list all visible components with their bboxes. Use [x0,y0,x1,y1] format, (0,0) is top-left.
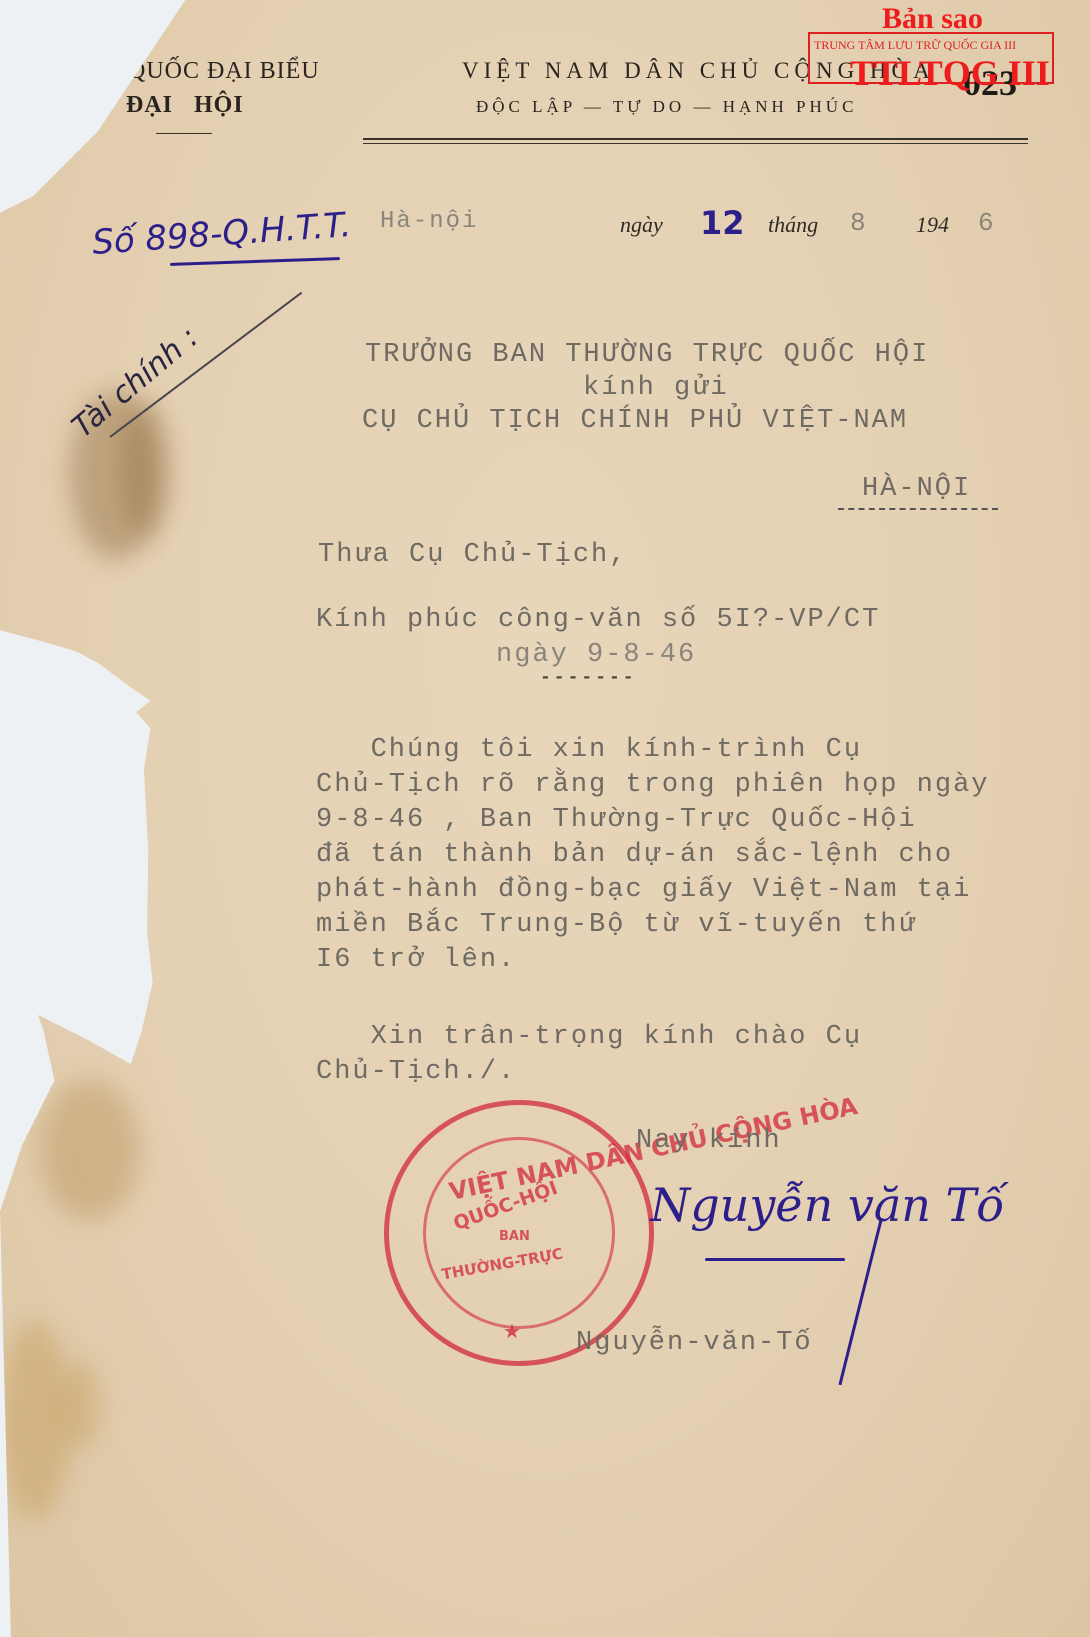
signatory-name: Nguyễn-văn-Tố [576,1328,813,1358]
date-year-typed: 6 [978,208,996,238]
body-line: 9-8-46 , Ban Thường-Trực Quốc-Hội [316,805,917,835]
closing-line1: Xin trân-trọng kính chào Cụ [316,1022,862,1052]
closing-line2: Chủ-Tịch./. [316,1057,516,1087]
archive-agency: TRUNG TÂM LƯU TRỮ QUỐC GIA III [814,38,1016,53]
addressee-city: HÀ-NỘI [862,474,971,504]
body-line: phát-hành đồng-bạc giấy Việt-Nam tại [316,875,971,905]
body-line: đã tán thành bản dự-án sắc-lệnh cho [316,840,953,870]
archive-copy-label: Bản sao [882,2,983,36]
subject-line2: ngày 9-8-46 [496,640,696,670]
body-line: Chúng tôi xin kính-trình Cụ [316,735,862,765]
signature-greeting: Nay kính [636,1126,782,1156]
letterhead-left-line1: QUỐC ĐẠI BIỂU [128,58,320,85]
addressee-kinh-gui: kính gửi [583,373,729,403]
letterhead-left-rule [156,133,212,134]
seal-inner-line2: BAN [499,1229,530,1244]
letterhead-rule-bottom [363,143,1028,144]
date-day-value: 12 [700,204,745,242]
salutation: Thưa Cụ Chủ-Tịch, [318,540,627,570]
water-stain [40,1080,140,1220]
body-line: Chủ-Tịch rõ rằng trong phiên họp ngày [316,770,990,800]
body-line: I6 trở lên. [316,945,516,975]
date-day-label: ngày [620,212,663,238]
addressee-recipient: CỤ CHỦ TỊCH CHÍNH PHỦ VIỆT-NAM [362,406,908,436]
city-underline [838,508,998,510]
document-page: QUỐC ĐẠI BIỂU ĐẠI HỘI VIỆT NAM DÂN CHỦ C… [0,0,1090,1637]
water-stain [0,1320,70,1520]
date-year-printed: 194 [916,212,949,238]
subject-separator: ------- [540,668,637,688]
official-seal: VIỆT NAM DÂN CHỦ CỘNG HÒA QUỐC-HỘI BAN T… [384,1100,654,1366]
body-line: miền Bắc Trung-Bộ từ vĩ-tuyến thứ [316,910,917,940]
signature-stroke [838,1218,883,1386]
addressee-sender: TRƯỞNG BAN THƯỜNG TRỰC QUỐC HỘI [365,340,929,370]
archive-code: TTLTQG III [850,52,1050,94]
letterhead-motto: ĐỘC LẬP — TỰ DO — HẠNH PHÚC [476,97,857,117]
reference-underline [170,257,340,266]
date-month-value: 8 [850,208,868,238]
date-month-label: tháng [768,212,818,238]
subject-line1: Kính phúc công-văn số 5I?-VP/CT [316,605,880,635]
handwritten-signature: Nguyễn văn Tố [650,1178,1004,1232]
signature-underline [705,1258,845,1261]
water-stain [60,1360,100,1450]
place-name: Hà-nội [380,208,478,235]
letterhead-left-line2: ĐẠI HỘI [126,92,244,119]
letterhead-rule-top [363,138,1028,140]
seal-star-icon: ★ [503,1319,521,1344]
handwritten-reference-number: Số 898-Q.H.T.T. [91,205,353,263]
